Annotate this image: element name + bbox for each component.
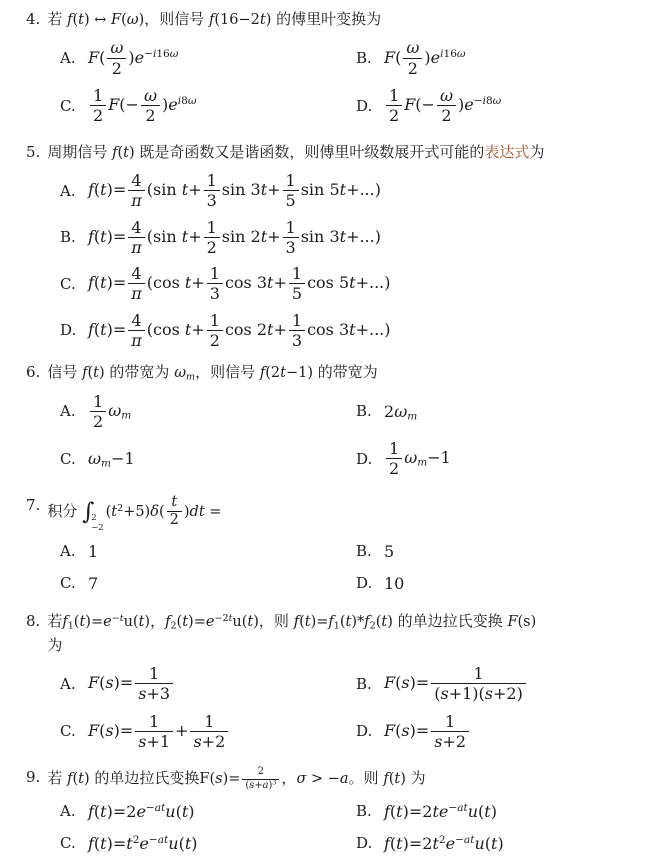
question-number: 4.	[26, 8, 40, 31]
option-label: A.	[60, 802, 88, 820]
stem-line: 积分 ∫2−2(t2+5)δ(t2)dt =	[47, 494, 635, 533]
stem-line: 若f1(t)=e−tu(t)，f2(t)=e−2tu(t)，则 f(t)=f1(…	[47, 610, 635, 633]
option: B.5	[356, 539, 635, 563]
option-formula: ωm−1	[88, 449, 135, 468]
option: A.F(ω2)e−i16ω	[60, 38, 348, 78]
option-formula: F(ω2)ei16ω	[384, 38, 466, 78]
option-label: D.	[356, 97, 384, 115]
option-label: C.	[60, 574, 88, 592]
document-page: 4. 若 f(t) ↔ F(ω)，则信号 f(16−2t) 的傅里叶变换为 A.…	[0, 0, 647, 858]
option-label: D.	[356, 834, 384, 852]
question: 5. 周期信号 f(t) 既是奇函数又是谐函数，则傅里叶级数展开式可能的表达式为…	[26, 141, 635, 351]
option-label: D.	[60, 321, 88, 339]
stem-line: 若 f(t) 的单边拉氏变换F(s)=2(s+a)3，σ > −a。则 f(t)…	[47, 766, 635, 792]
question: 4. 若 f(t) ↔ F(ω)，则信号 f(16−2t) 的傅里叶变换为 A.…	[26, 8, 635, 130]
options-grid: A.12ωmB.2ωmC.ωm−1D.12ωm−1	[60, 388, 635, 483]
option-label: A.	[60, 49, 88, 67]
question-number: 7.	[26, 494, 40, 517]
option-label: B.	[356, 675, 384, 693]
option-formula: F(ω2)e−i16ω	[88, 38, 178, 78]
question-number: 6.	[26, 361, 40, 384]
option: D.12F(−ω2)e−i8ω	[356, 86, 635, 126]
option: D.12ωm−1	[356, 439, 635, 479]
option-formula: 7	[88, 574, 98, 593]
option: D.f(t)=2t2e−atu(t)	[356, 831, 635, 855]
option: B.f(t)=4π(sin t+12sin 2t+13sin 3t+...)	[60, 218, 635, 258]
option-formula: 12F(−ω2)ei8ω	[88, 86, 196, 126]
option: D.F(s)=1s+2	[356, 712, 635, 752]
option-formula: F(s)=1s+2	[384, 712, 471, 752]
question: 7. 积分 ∫2−2(t2+5)δ(t2)dt = A.1B.5C.7D.10	[26, 494, 635, 600]
option: A.12ωm	[60, 392, 348, 432]
question-header: 7. 积分 ∫2−2(t2+5)δ(t2)dt =	[26, 494, 635, 533]
options-grid: A.F(ω2)e−i16ωB.F(ω2)ei16ωC.12F(−ω2)ei8ωD…	[60, 34, 635, 129]
option-formula: F(s)=1s+3	[88, 664, 175, 704]
stem-line: 周期信号 f(t) 既是奇函数又是谐函数，则傅里叶级数展开式可能的表达式为	[47, 141, 635, 164]
option: C.ωm−1	[60, 439, 348, 479]
option: B.F(ω2)ei16ω	[356, 38, 635, 78]
stem-line: 若 f(t) ↔ F(ω)，则信号 f(16−2t) 的傅里叶变换为	[47, 8, 635, 31]
option-label: B.	[356, 402, 384, 420]
option-formula: F(s)=1s+1+1s+2	[88, 712, 230, 752]
question-stem: 若 f(t) ↔ F(ω)，则信号 f(16−2t) 的傅里叶变换为	[47, 8, 635, 31]
question-stem: 若f1(t)=e−tu(t)，f2(t)=e−2tu(t)，则 f(t)=f1(…	[47, 610, 635, 657]
options-grid: A.f(t)=4π(sin t+13sin 3t+15sin 5t+...)B.…	[60, 171, 635, 350]
option-formula: f(t)=t2e−atu(t)	[88, 834, 198, 853]
options-grid: A.f(t)=2e−atu(t)B.f(t)=2te−atu(t)C.f(t)=…	[60, 795, 635, 858]
option-formula: f(t)=2e−atu(t)	[88, 802, 195, 821]
option-formula: 12F(−ω2)e−i8ω	[384, 86, 501, 126]
option-label: B.	[356, 802, 384, 820]
question-stem: 周期信号 f(t) 既是奇函数又是谐函数，则傅里叶级数展开式可能的表达式为	[47, 141, 635, 164]
options-grid: A.1B.5C.7D.10	[60, 535, 635, 599]
option: D.10	[356, 571, 635, 595]
option-label: A.	[60, 675, 88, 693]
question-stem: 积分 ∫2−2(t2+5)δ(t2)dt =	[47, 494, 635, 533]
options-grid: A.F(s)=1s+3B.F(s)=1(s+1)(s+2)C.F(s)=1s+1…	[60, 660, 635, 755]
option-label: C.	[60, 450, 88, 468]
option: C.12F(−ω2)ei8ω	[60, 86, 348, 126]
option-formula: 5	[384, 542, 394, 561]
option-label: D.	[356, 722, 384, 740]
option-formula: 10	[384, 574, 404, 593]
option-label: B.	[60, 228, 88, 246]
option-formula: 2ωm	[384, 402, 417, 421]
option-formula: f(t)=4π(sin t+12sin 2t+13sin 3t+...)	[88, 218, 381, 258]
option-label: A.	[60, 402, 88, 420]
option-formula: F(s)=1(s+1)(s+2)	[384, 664, 528, 704]
question-list: 4. 若 f(t) ↔ F(ω)，则信号 f(16−2t) 的傅里叶变换为 A.…	[26, 8, 635, 858]
question-header: 8. 若f1(t)=e−tu(t)，f2(t)=e−2tu(t)，则 f(t)=…	[26, 610, 635, 657]
option: B.2ωm	[356, 392, 635, 432]
option-label: C.	[60, 722, 88, 740]
question-number: 8.	[26, 610, 40, 633]
option-label: C.	[60, 97, 88, 115]
option-label: C.	[60, 275, 88, 293]
option-formula: 1	[88, 542, 98, 561]
option-label: A.	[60, 542, 88, 560]
option-label: C.	[60, 834, 88, 852]
option: A.f(t)=2e−atu(t)	[60, 799, 348, 823]
question: 9. 若 f(t) 的单边拉氏变换F(s)=2(s+a)3，σ > −a。则 f…	[26, 766, 635, 858]
question-stem: 信号 f(t) 的带宽为 ωm，则信号 f(2t−1) 的带宽为	[47, 361, 635, 384]
option-label: D.	[356, 574, 384, 592]
question-header: 6. 信号 f(t) 的带宽为 ωm，则信号 f(2t−1) 的带宽为	[26, 361, 635, 384]
question-stem: 若 f(t) 的单边拉氏变换F(s)=2(s+a)3，σ > −a。则 f(t)…	[47, 766, 635, 792]
question-header: 9. 若 f(t) 的单边拉氏变换F(s)=2(s+a)3，σ > −a。则 f…	[26, 766, 635, 792]
option-formula: 12ωm	[88, 392, 131, 432]
option: C.F(s)=1s+1+1s+2	[60, 712, 348, 752]
option-label: B.	[356, 542, 384, 560]
option-formula: f(t)=4π(cos t+12cos 2t+13cos 3t+...)	[88, 311, 390, 351]
option-label: A.	[60, 182, 88, 200]
question-number: 9.	[26, 766, 40, 789]
option: D.f(t)=4π(cos t+12cos 2t+13cos 3t+...)	[60, 311, 635, 351]
option: A.1	[60, 539, 348, 563]
question-number: 5.	[26, 141, 40, 164]
option-formula: f(t)=2t2e−atu(t)	[384, 834, 504, 853]
option: A.F(s)=1s+3	[60, 664, 348, 704]
option: B.f(t)=2te−atu(t)	[356, 799, 635, 823]
option: C.f(t)=4π(cos t+13cos 3t+15cos 5t+...)	[60, 264, 635, 304]
question: 6. 信号 f(t) 的带宽为 ωm，则信号 f(2t−1) 的带宽为 A.12…	[26, 361, 635, 483]
stem-line: 信号 f(t) 的带宽为 ωm，则信号 f(2t−1) 的带宽为	[47, 361, 635, 384]
option: A.f(t)=4π(sin t+13sin 3t+15sin 5t+...)	[60, 171, 635, 211]
option-label: B.	[356, 49, 384, 67]
option-formula: 12ωm−1	[384, 439, 451, 479]
option: B.F(s)=1(s+1)(s+2)	[356, 664, 635, 704]
option-formula: f(t)=2te−atu(t)	[384, 802, 497, 821]
option: C.7	[60, 571, 348, 595]
option-label: D.	[356, 450, 384, 468]
option-formula: f(t)=4π(sin t+13sin 3t+15sin 5t+...)	[88, 171, 381, 211]
option: C.f(t)=t2e−atu(t)	[60, 831, 348, 855]
question-header: 4. 若 f(t) ↔ F(ω)，则信号 f(16−2t) 的傅里叶变换为	[26, 8, 635, 31]
question: 8. 若f1(t)=e−tu(t)，f2(t)=e−2tu(t)，则 f(t)=…	[26, 610, 635, 755]
option-formula: f(t)=4π(cos t+13cos 3t+15cos 5t+...)	[88, 264, 390, 304]
stem-line: 为	[47, 634, 635, 657]
question-header: 5. 周期信号 f(t) 既是奇函数又是谐函数，则傅里叶级数展开式可能的表达式为	[26, 141, 635, 164]
